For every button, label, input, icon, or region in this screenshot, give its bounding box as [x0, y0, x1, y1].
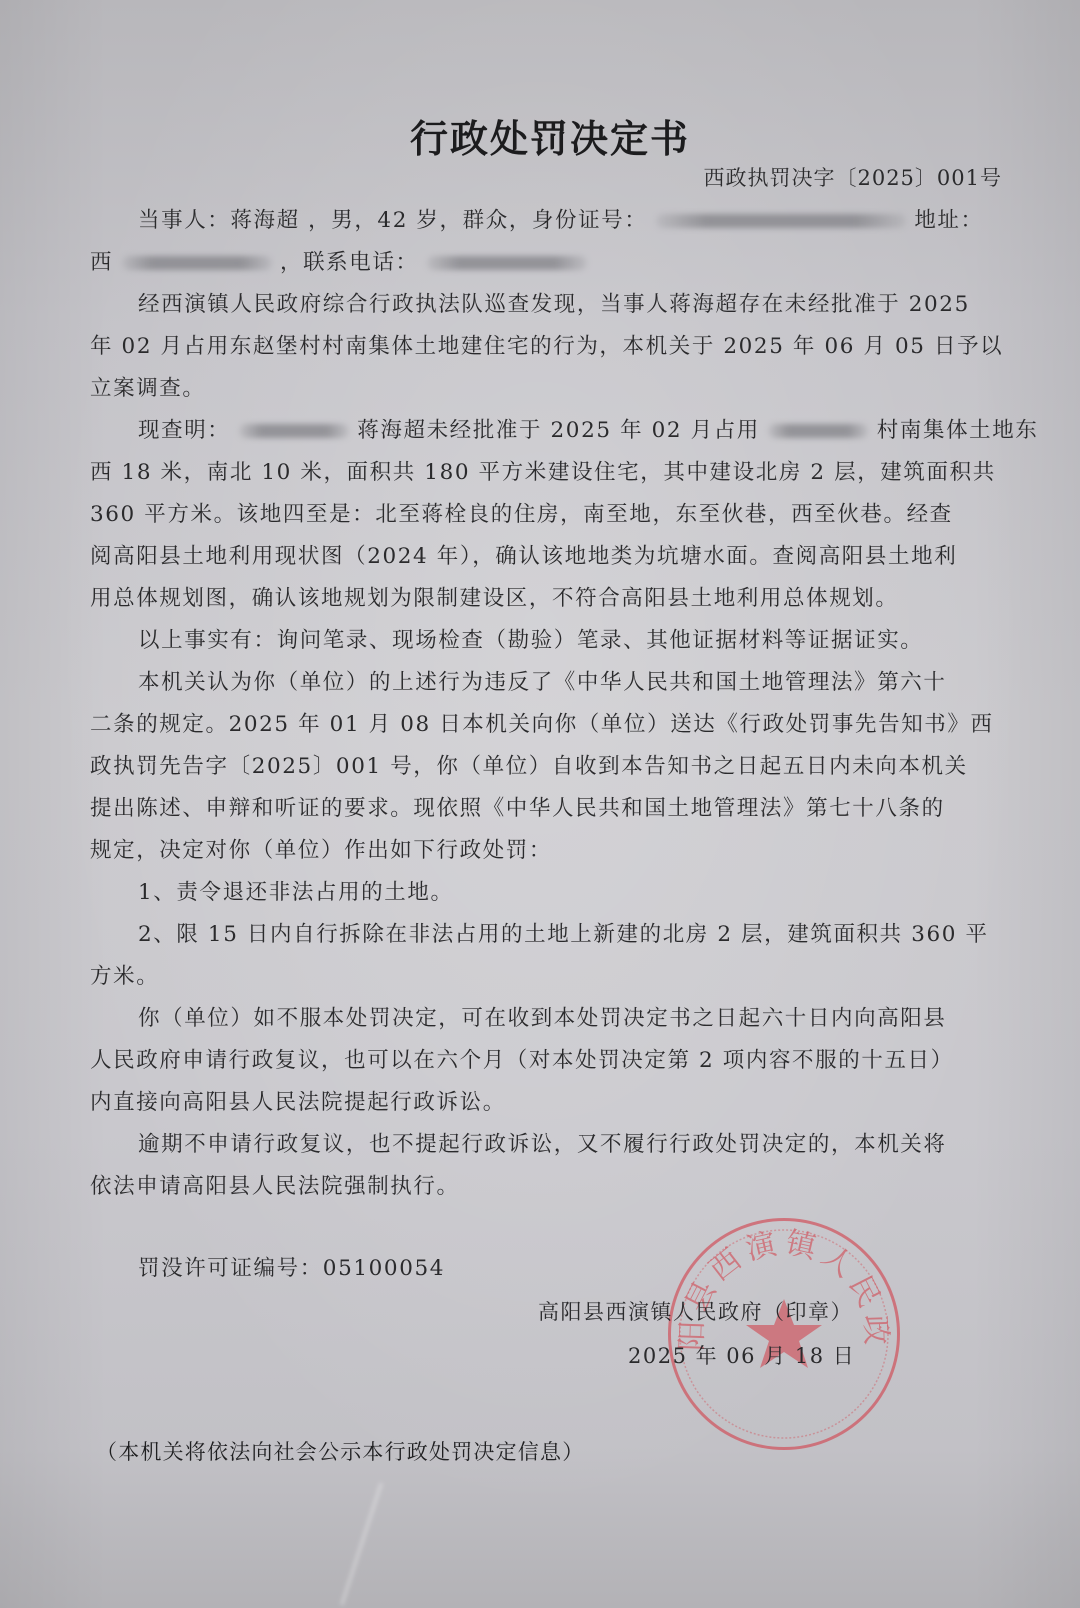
paragraph-4-line-5: 规定，决定对你（单位）作出如下行政处罚： — [90, 836, 1010, 866]
document-title: 行政处罚决定书 — [90, 108, 1010, 163]
redacted-phone — [427, 256, 587, 270]
address-prefix: 西 — [90, 250, 113, 275]
paragraph-2-line-2: 西 18 米，南北 10 米，面积共 180 平方米建设住宅，其中建设北房 2 … — [90, 458, 1010, 488]
paragraph-4-line-3: 政执罚先告字〔2025〕001 号，你（单位）自收到本告知书之日起五日内未向本机… — [90, 752, 1010, 782]
paragraph-4-line-2: 二条的规定。2025 年 01 月 08 日本机关向你（单位）送达《行政处罚事先… — [90, 710, 1010, 740]
party-line: 当事人：蒋海超 ，男，42 岁，群众，身份证号： 地址： — [90, 206, 1010, 236]
seal-graphic: 高阳县西演镇人民政府 — [671, 1221, 897, 1447]
paragraph-1-line-1: 经西演镇人民政府综合行政执法队巡查发现，当事人蒋海超存在未经批准于 2025 — [90, 290, 1010, 320]
address-line: 西 ，联系电话： — [90, 248, 1010, 278]
paragraph-4-line-1: 本机关认为你（单位）的上述行为违反了《中华人民共和国土地管理法》第六十 — [90, 668, 1010, 698]
paragraph-2-line-1: 现查明： 蒋海超未经批准于 2025 年 02 月占用 村南集体土地东 — [90, 416, 1010, 446]
paragraph-2-line-3: 360 平方米。该地四至是：北至蒋栓良的住房，南至地，东至伙巷，西至伙巷。经查 — [90, 500, 1010, 530]
party-info: 当事人：蒋海超 ，男，42 岁，群众，身份证号： — [138, 208, 647, 233]
findings-text-end: 村南集体土地东 — [877, 418, 1039, 443]
redacted-village — [768, 424, 868, 438]
penalty-item-2-line-1: 2、限 15 日内自行拆除在非法占用的土地上新建的北房 2 层，建筑面积共 36… — [90, 920, 1010, 950]
penalty-item-1: 1、责令退还非法占用的土地。 — [90, 878, 1010, 908]
redacted-address — [122, 256, 272, 270]
paragraph-3-line-1: 以上事实有：询问笔录、现场检查（勘验）笔录、其他证据材料等证据证实。 — [90, 626, 1010, 656]
document-number: 西政执罚决字〔2025〕001号 — [703, 162, 1002, 192]
paragraph-1-line-3: 立案调查。 — [90, 374, 1010, 404]
paragraph-2-line-5: 用总体规划图，确认该地规划为限制建设区，不符合高阳县土地利用总体规划。 — [90, 584, 1010, 614]
official-seal: 高阳县西演镇人民政府 — [668, 1218, 900, 1450]
public-disclosure-notice: （本机关将依法向社会公示本行政处罚决定信息） — [96, 1436, 584, 1466]
paragraph-2-line-4: 阅高阳县土地利用现状图（2024 年），确认该地地类为坑塘水面。查阅高阳县土地利 — [90, 542, 1010, 572]
paragraph-6-line-1: 逾期不申请行政复议，也不提起行政诉讼，又不履行行政处罚决定的，本机关将 — [90, 1130, 1010, 1160]
paragraph-1-line-2: 年 02 月占用东赵堡村村南集体土地建住宅的行为，本机关于 2025 年 06 … — [90, 332, 1010, 362]
paragraph-5-line-1: 你（单位）如不服本处罚决定，可在收到本处罚决定书之日起六十日内向高阳县 — [90, 1004, 1010, 1034]
findings-text: 蒋海超未经批准于 2025 年 02 月占用 — [357, 418, 760, 443]
phone-label: ，联系电话： — [280, 250, 419, 275]
findings-label: 现查明： — [138, 418, 230, 443]
redacted-text — [239, 424, 349, 438]
issuing-authority: 高阳县西演镇人民政府（印章） — [538, 1296, 853, 1326]
paper-crease — [340, 1483, 382, 1606]
paragraph-5-line-3: 内直接向高阳县人民法院提起行政诉讼。 — [90, 1088, 1010, 1118]
paragraph-5-line-2: 人民政府申请行政复议，也可以在六个月（对本处罚决定第 2 项内容不服的十五日） — [90, 1046, 1010, 1076]
paragraph-4-line-4: 提出陈述、申辩和听证的要求。现依照《中华人民共和国土地管理法》第七十八条的 — [90, 794, 1010, 824]
paragraph-6-line-2: 依法申请高阳县人民法院强制执行。 — [90, 1172, 1010, 1202]
penalty-item-2-line-2: 方米。 — [90, 962, 1010, 992]
redacted-id-number — [656, 214, 906, 228]
issue-date: 2025 年 06 月 18 日 — [628, 1340, 855, 1370]
address-label: 地址： — [914, 208, 983, 233]
